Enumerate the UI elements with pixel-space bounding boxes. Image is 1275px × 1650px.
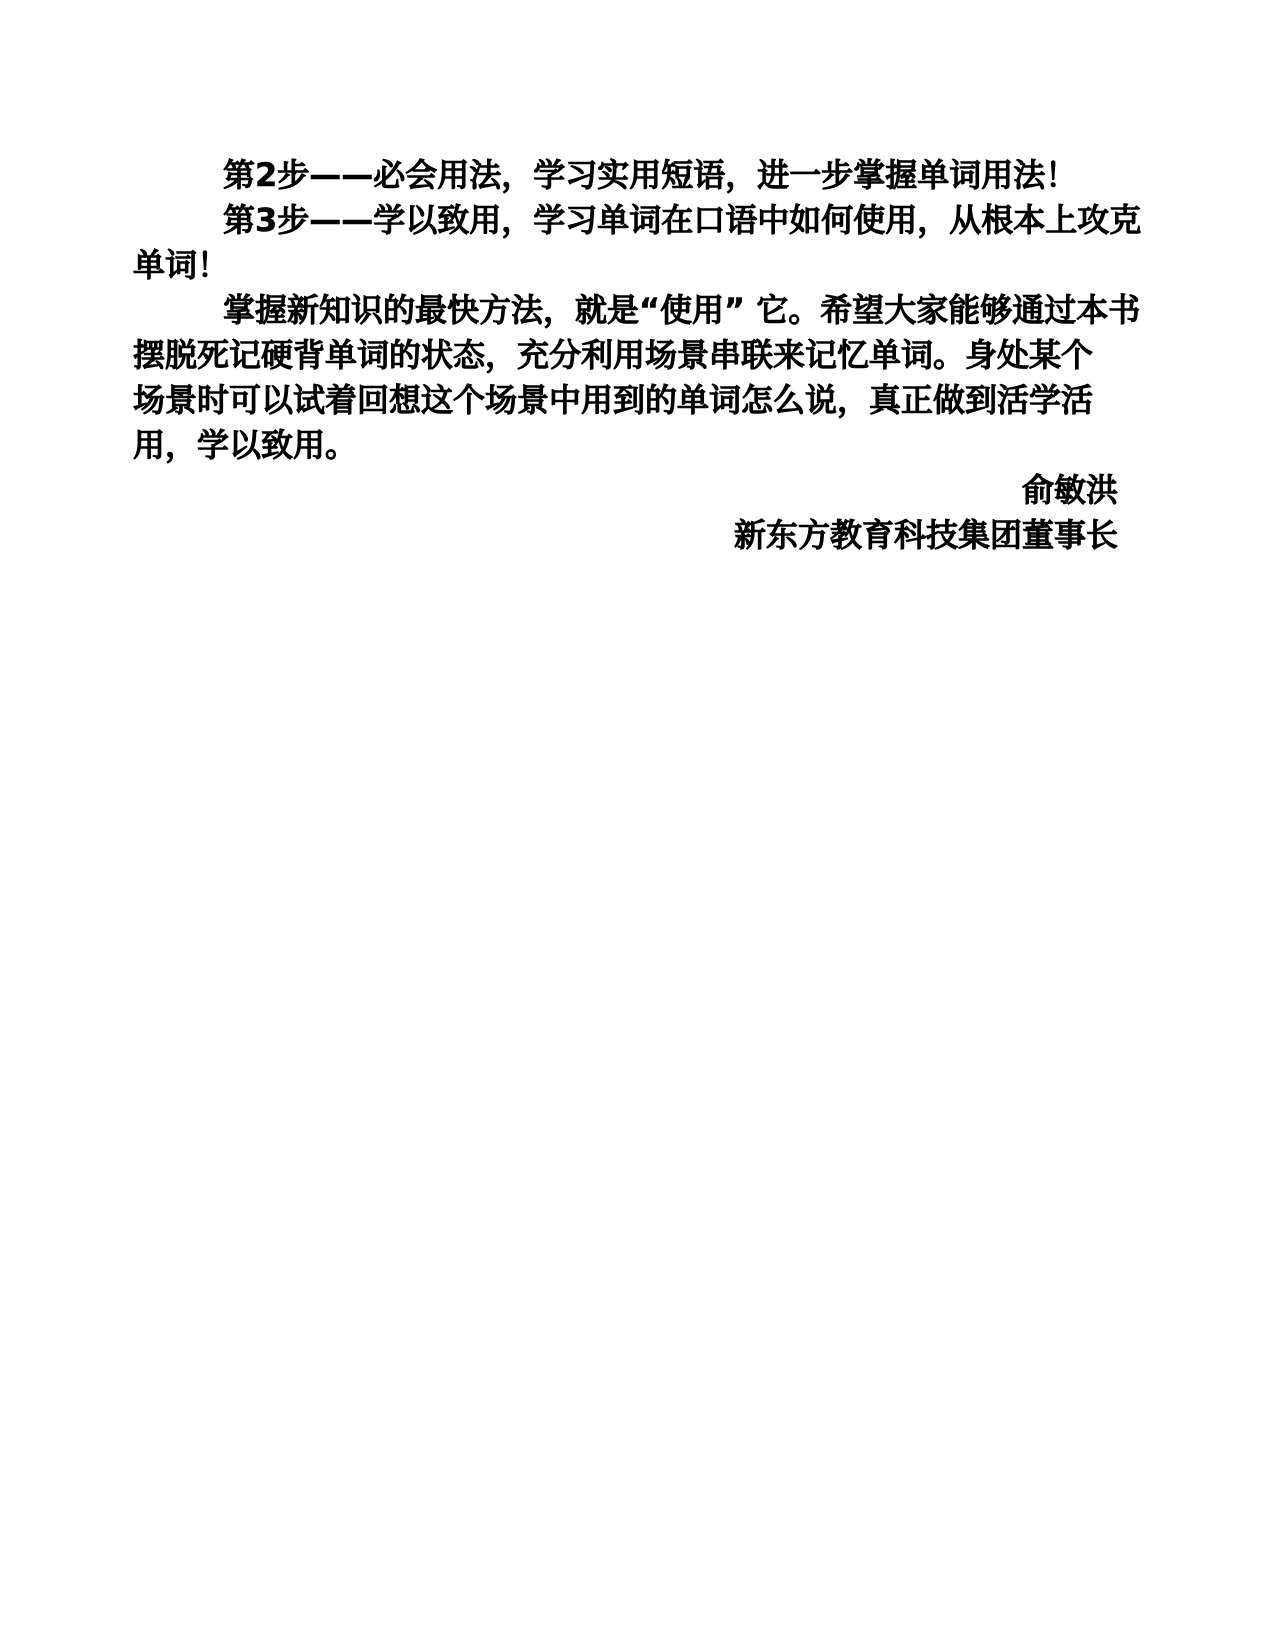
paragraph-3-line-4: 用，学以致用。 (133, 423, 1118, 468)
paragraph-2-line-1: 第3步——学以致用，学习单词在口语中如何使用，从根本上攻克 (133, 198, 1118, 243)
paragraph-2-line-2: 单词！ (133, 243, 1118, 288)
paragraph-3-line-2: 摆脱死记硬背单词的状态，充分利用场景串联来记忆单词。身处某个 (133, 333, 1118, 378)
document-page: 第2步——必会用法，学习实用短语，进一步掌握单词用法！ 第3步——学以致用，学习… (0, 0, 1275, 1650)
preface-text-block: 第2步——必会用法，学习实用短语，进一步掌握单词用法！ 第3步——学以致用，学习… (133, 153, 1118, 558)
paragraph-3-line-1: 掌握新知识的最快方法，就是“使用” 它。希望大家能够通过本书 (133, 288, 1118, 333)
paragraph-1-line-1: 第2步——必会用法，学习实用短语，进一步掌握单词用法！ (133, 153, 1118, 198)
signature-title: 新东方教育科技集团董事长 (133, 513, 1118, 558)
signature-name: 俞敏洪 (133, 468, 1118, 513)
paragraph-3-line-3: 场景时可以试着回想这个场景中用到的单词怎么说，真正做到活学活 (133, 378, 1118, 423)
